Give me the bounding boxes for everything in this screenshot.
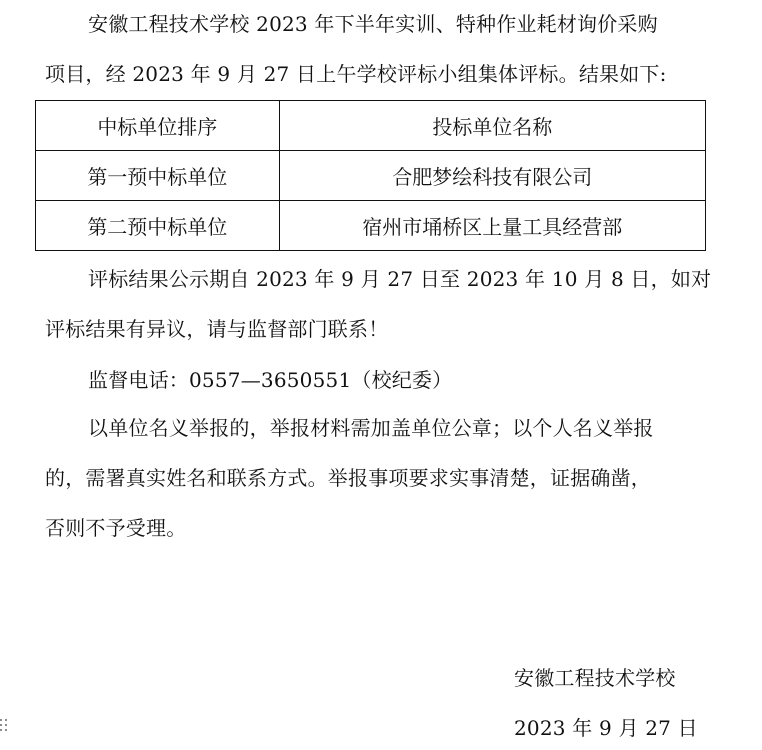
signature-date: 2023 年 9 月 27 日 [514, 716, 698, 740]
reporting-line-3: 否则不予受理。 [45, 516, 186, 540]
grip-dot [5, 729, 7, 731]
signature-organization: 安徽工程技术学校 [514, 666, 676, 690]
row-1-bidder: 合肥梦绘科技有限公司 [279, 151, 705, 201]
drag-handle-icon[interactable] [0, 719, 8, 733]
table-row: 第二预中标单位 宿州市埇桥区上量工具经营部 [36, 201, 706, 251]
table-row: 第一预中标单位 合肥梦绘科技有限公司 [36, 151, 706, 201]
intro-line-2: 项目，经 2023 年 9 月 27 日上午学校评标小组集体评标。结果如下: [45, 62, 667, 86]
publicity-line-2: 评标结果有异议，请与监督部门联系！ [45, 317, 388, 341]
results-table: 中标单位排序 投标单位名称 第一预中标单位 合肥梦绘科技有限公司 第二预中标单位… [35, 100, 706, 251]
row-2-rank: 第二预中标单位 [36, 201, 280, 251]
row-1-rank: 第一预中标单位 [36, 151, 280, 201]
header-bidder-name: 投标单位名称 [279, 101, 705, 151]
grip-dot [5, 719, 7, 721]
grip-dot [0, 729, 2, 731]
reporting-line-1: 以单位名义举报的，举报材料需加盖单位公章；以个人名义举报 [88, 416, 654, 440]
publicity-line-1: 评标结果公示期自 2023 年 9 月 27 日至 2023 年 10 月 8 … [88, 267, 711, 291]
grip-dot [5, 724, 7, 726]
row-2-bidder: 宿州市埇桥区上量工具经营部 [279, 201, 705, 251]
grip-dot [0, 719, 2, 721]
grip-dot [0, 724, 2, 726]
table-header-row: 中标单位排序 投标单位名称 [36, 101, 706, 151]
reporting-line-2: 的，需署真实姓名和联系方式。举报事项要求实事清楚，证据确凿， [45, 466, 651, 490]
supervision-phone: 监督电话：0557—3650551（校纪委） [88, 368, 452, 392]
intro-line-1: 安徽工程技术学校 2023 年下半年实训、特种作业耗材询价采购 [88, 12, 658, 36]
header-rank: 中标单位排序 [36, 101, 280, 151]
